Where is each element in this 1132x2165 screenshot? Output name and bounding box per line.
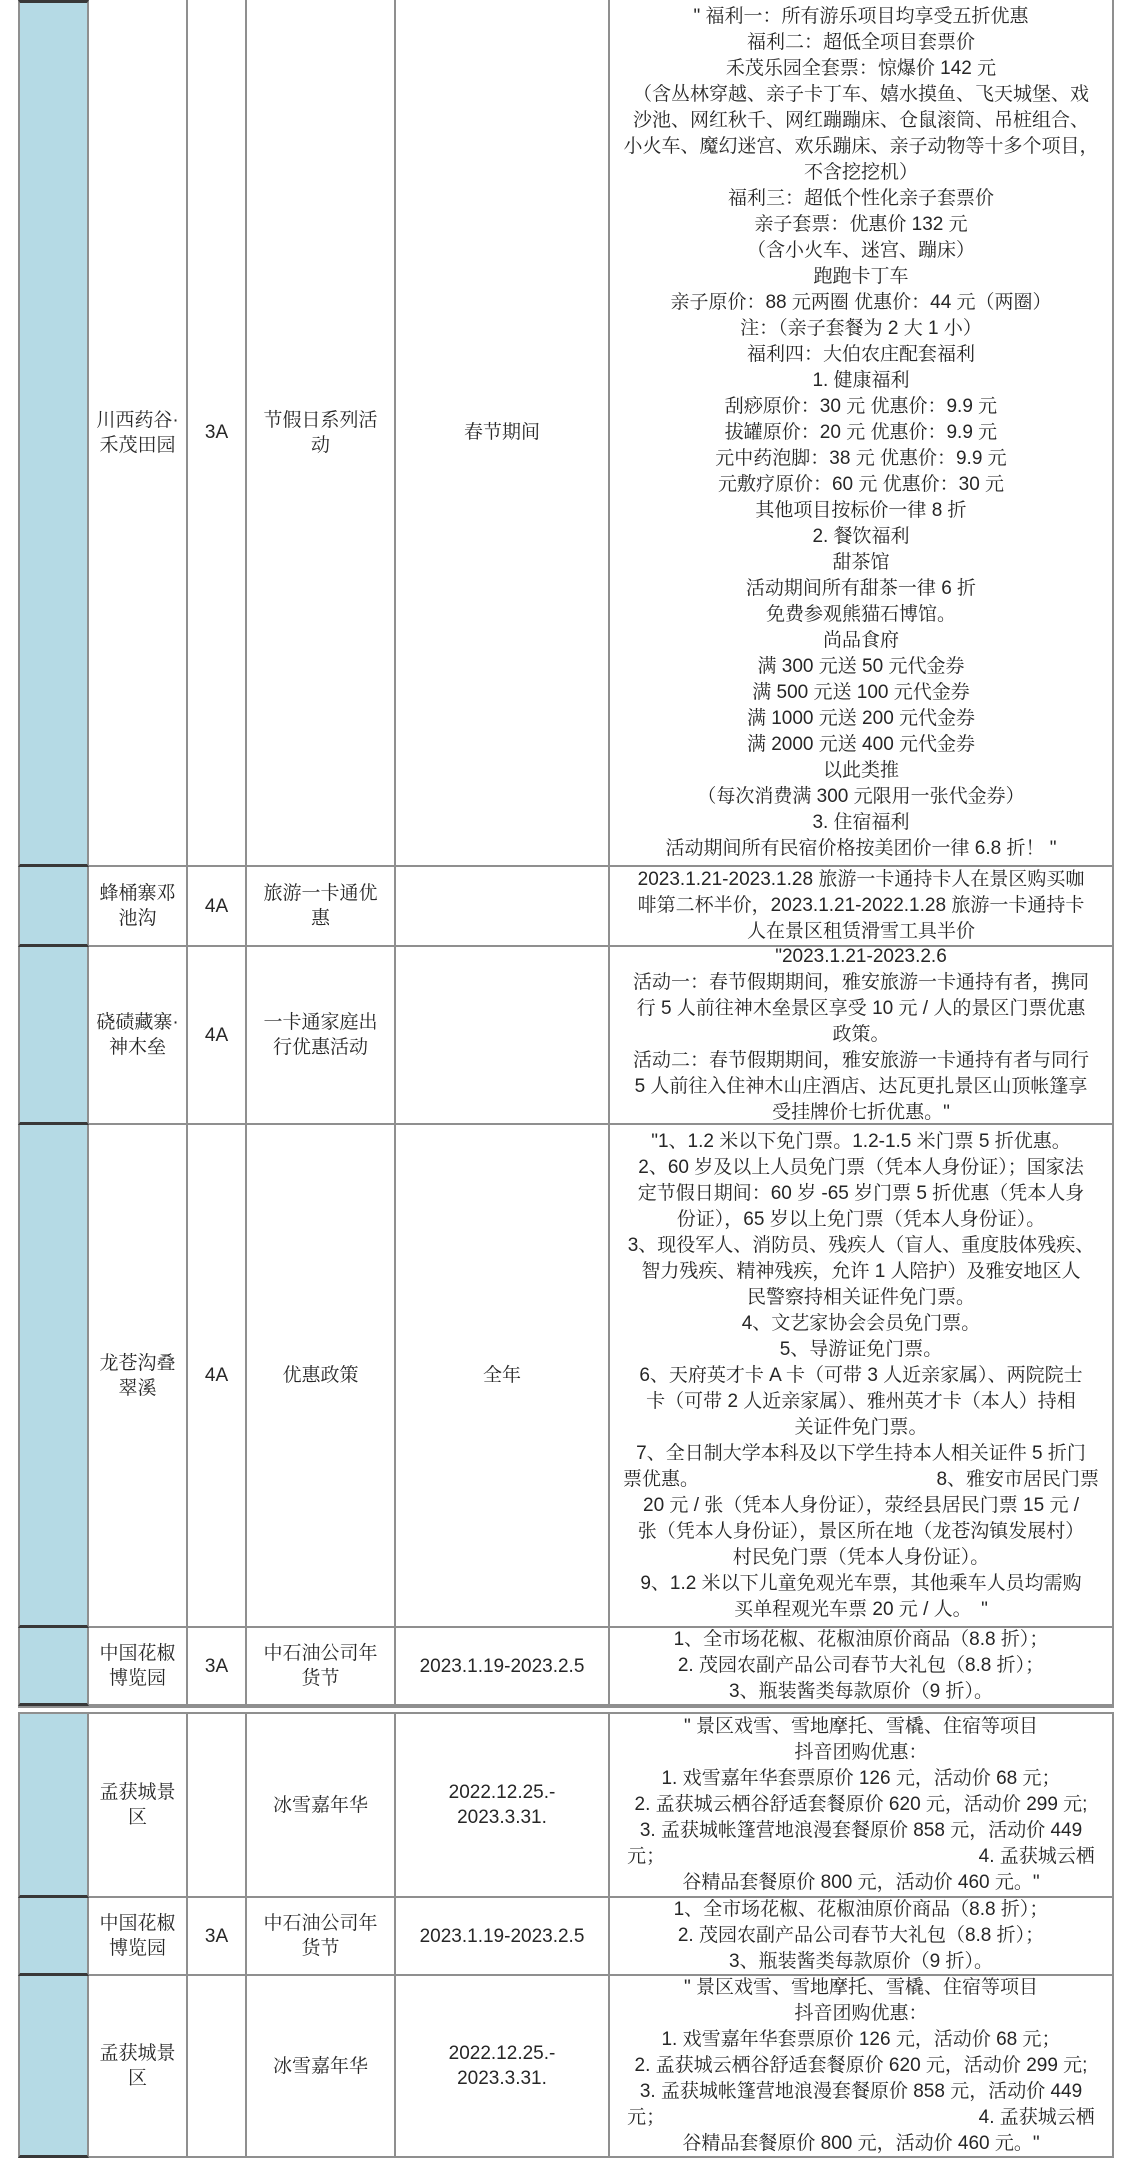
detail-line: " 景区戏雪、雪地摩托、雪橇、住宿等项目 <box>612 1976 1110 2001</box>
detail-line: 3. 孟获城帐篷营地浪漫套餐原价 858 元，活动价 449 <box>612 1818 1110 1844</box>
detail-line: 沙池、网红秋千、网红蹦蹦床、仓鼠滚筒、吊桩组合、 <box>612 108 1110 134</box>
period-cell <box>396 947 610 1125</box>
table-row: 孟获城景区冰雪嘉年华2022.12.25.- 2023.3.31." 景区戏雪、… <box>18 1714 1114 1898</box>
detail-line: 元； 4. 孟获城云栖 <box>612 2105 1110 2131</box>
detail-line: 满 2000 元送 400 元代金券 <box>612 732 1110 758</box>
period-cell <box>396 867 610 947</box>
detail-line: 小火车、魔幻迷宫、欢乐蹦床、亲子动物等十多个项目， <box>612 134 1110 160</box>
detail-line: 抖音团购优惠： <box>612 2001 1110 2027</box>
detail-line: 甜茶馆 <box>612 550 1110 576</box>
detail-line: 活动一：春节假期期间，雅安旅游一卡通持有者，携同 <box>612 970 1110 996</box>
activity-cell: 一卡通家庭出行优惠活动 <box>247 947 396 1125</box>
details-cell: "2023.1.21-2023.2.6活动一：春节假期期间，雅安旅游一卡通持有者… <box>610 947 1114 1125</box>
detail-line: 3、瓶装酱类每款原价（9 折）。 <box>612 1949 1110 1975</box>
details-cell: " 景区戏雪、雪地摩托、雪橇、住宿等项目抖音团购优惠：1. 戏雪嘉年华套票原价 … <box>610 1976 1114 2158</box>
details-cell: 1、全市场花椒、花椒油原价商品（8.8 折）；2. 茂园农副产品公司春节大礼包（… <box>610 1628 1114 1706</box>
detail-line: 3. 孟获城帐篷营地浪漫套餐原价 858 元，活动价 449 <box>612 2079 1110 2105</box>
detail-line: "1、1.2 米以下免门票。1.2-1.5 米门票 5 折优惠。 <box>612 1129 1110 1155</box>
table-row: 中国花椒博览园3A中石油公司年货节2023.1.19-2023.2.51、全市场… <box>18 1628 1114 1706</box>
detail-line: 5 人前往入住神木山庄酒店、达瓦更扎景区山顶帐篷享 <box>612 1074 1110 1100</box>
detail-line: 5、导游证免门票。 <box>612 1337 1110 1363</box>
detail-line: 20 元 / 张（凭本人身份证），荥经县居民门票 15 元 / <box>612 1493 1110 1519</box>
period-cell: 2022.12.25.- 2023.3.31. <box>396 1976 610 2158</box>
row-highlight-cell <box>18 1628 89 1706</box>
detail-line: 张（凭本人身份证），景区所在地（龙苍沟镇发展村） <box>612 1519 1110 1545</box>
details-cell: " 福利一：所有游乐项目均享受五折优惠福利二：超低全项目套票价禾茂乐园全套票：惊… <box>610 0 1114 867</box>
detail-line: （每次消费满 300 元限用一张代金券） <box>612 784 1110 810</box>
detail-line: 3、现役军人、消防员、残疾人（盲人、重度肢体残疾、 <box>612 1233 1110 1259</box>
detail-line: 不含挖挖机） <box>612 160 1110 186</box>
period-cell: 全年 <box>396 1125 610 1628</box>
detail-line: 拔罐原价：20 元 优惠价：9.9 元 <box>612 420 1110 446</box>
activity-cell: 中石油公司年货节 <box>247 1628 396 1706</box>
activity-cell: 冰雪嘉年华 <box>247 1976 396 2158</box>
detail-line: 活动二：春节假期期间，雅安旅游一卡通持有者与同行 <box>612 1048 1110 1074</box>
detail-line: 跑跑卡丁车 <box>612 264 1110 290</box>
detail-line: 满 500 元送 100 元代金券 <box>612 680 1110 706</box>
scenic-spot-cell: 硗碛藏寨·神木垒 <box>89 947 188 1125</box>
detail-line: 尚品食府 <box>612 628 1110 654</box>
detail-line: 2. 孟获城云栖谷舒适套餐原价 620 元，活动价 299 元; <box>612 1792 1110 1818</box>
detail-line: 福利四：大伯农庄配套福利 <box>612 342 1110 368</box>
row-highlight-cell <box>18 867 89 947</box>
detail-line: " 景区戏雪、雪地摩托、雪橇、住宿等项目 <box>612 1714 1110 1740</box>
detail-line: 2. 茂园农副产品公司春节大礼包（8.8 折）； <box>612 1923 1110 1949</box>
detail-line: 受挂牌价七折优惠。" <box>612 1100 1110 1125</box>
table-row: 孟获城景区冰雪嘉年华2022.12.25.- 2023.3.31." 景区戏雪、… <box>18 1976 1114 2158</box>
period-cell: 2023.1.19-2023.2.5 <box>396 1898 610 1976</box>
grade-cell: 4A <box>188 1125 247 1628</box>
detail-line: "2023.1.21-2023.2.6 <box>612 947 1110 970</box>
detail-line: 6、天府英才卡 A 卡（可带 3 人近亲家属）、两院院士 <box>612 1363 1110 1389</box>
scenic-spot-discount-table: 川西药谷·禾茂田园3A节假日系列活动春节期间" 福利一：所有游乐项目均享受五折优… <box>18 0 1114 2158</box>
scenic-spot-cell: 中国花椒博览园 <box>89 1898 188 1976</box>
scenic-spot-cell: 孟获城景区 <box>89 1976 188 2158</box>
scenic-spot-cell: 川西药谷·禾茂田园 <box>89 0 188 867</box>
detail-line: 抖音团购优惠： <box>612 1740 1110 1766</box>
row-highlight-cell <box>18 1714 89 1898</box>
detail-line: 9、1.2 米以下儿童免观光车票，其他乘车人员均需购 <box>612 1571 1110 1597</box>
detail-line: 1、全市场花椒、花椒油原价商品（8.8 折）； <box>612 1898 1110 1923</box>
detail-line: 其他项目按标价一律 8 折 <box>612 498 1110 524</box>
detail-line: 4、文艺家协会会员免门票。 <box>612 1311 1110 1337</box>
detail-line: 活动期间所有甜茶一律 6 折 <box>612 576 1110 602</box>
activity-cell: 冰雪嘉年华 <box>247 1714 396 1898</box>
detail-line: 活动期间所有民宿价格按美团价一律 6.8 折！ " <box>612 836 1110 862</box>
detail-line: 买单程观光车票 20 元 / 人。 " <box>612 1597 1110 1623</box>
row-highlight-cell <box>18 1125 89 1628</box>
detail-line: 行 5 人前往神木垒景区享受 10 元 / 人的景区门票优惠 <box>612 996 1110 1022</box>
period-cell: 2022.12.25.- 2023.3.31. <box>396 1714 610 1898</box>
detail-line: 元敷疗原价：60 元 优惠价：30 元 <box>612 472 1110 498</box>
page-break-divider <box>18 1706 1114 1714</box>
detail-line: 满 1000 元送 200 元代金券 <box>612 706 1110 732</box>
detail-line: 免费参观熊猫石博馆。 <box>612 602 1110 628</box>
grade-cell <box>188 1976 247 2158</box>
detail-line: 份证），65 岁以上免门票（凭本人身份证）。 <box>612 1207 1110 1233</box>
detail-line: （含小火车、迷宫、蹦床） <box>612 238 1110 264</box>
detail-line: 刮痧原价：30 元 优惠价：9.9 元 <box>612 394 1110 420</box>
detail-line: 3、瓶装酱类每款原价（9 折）。 <box>612 1679 1110 1705</box>
grade-cell <box>188 1714 247 1898</box>
row-highlight-cell <box>18 1976 89 2158</box>
detail-line: 福利二：超低全项目套票价 <box>612 30 1110 56</box>
detail-line: 政策。 <box>612 1022 1110 1048</box>
row-highlight-cell <box>18 1898 89 1976</box>
activity-cell: 优惠政策 <box>247 1125 396 1628</box>
detail-line: 2023.1.21-2023.1.28 旅游一卡通持卡人在景区购买咖 <box>612 867 1110 893</box>
detail-line: 满 300 元送 50 元代金券 <box>612 654 1110 680</box>
detail-line: 亲子套票：优惠价 132 元 <box>612 212 1110 238</box>
detail-line: 7、全日制大学本科及以下学生持本人相关证件 5 折门 <box>612 1441 1110 1467</box>
detail-line: 3. 住宿福利 <box>612 810 1110 836</box>
scenic-spot-cell: 孟获城景区 <box>89 1714 188 1898</box>
detail-line: 禾茂乐园全套票：惊爆价 142 元 <box>612 56 1110 82</box>
period-cell: 2023.1.19-2023.2.5 <box>396 1628 610 1706</box>
detail-line: 人在景区租赁滑雪工具半价 <box>612 919 1110 945</box>
detail-line: 2. 孟获城云栖谷舒适套餐原价 620 元，活动价 299 元; <box>612 2053 1110 2079</box>
detail-line: 关证件免门票。 <box>612 1415 1110 1441</box>
detail-line: 民警察持相关证件免门票。 <box>612 1285 1110 1311</box>
detail-line: " 福利一：所有游乐项目均享受五折优惠 <box>612 4 1110 30</box>
scenic-spot-cell: 蜂桶寨邓池沟 <box>89 867 188 947</box>
table-row: 中国花椒博览园3A中石油公司年货节2023.1.19-2023.2.51、全市场… <box>18 1898 1114 1976</box>
grade-cell: 4A <box>188 867 247 947</box>
details-cell: " 景区戏雪、雪地摩托、雪橇、住宿等项目抖音团购优惠：1. 戏雪嘉年华套票原价 … <box>610 1714 1114 1898</box>
detail-line: 谷精品套餐原价 800 元，活动价 460 元。" <box>612 2131 1110 2157</box>
activity-cell: 旅游一卡通优惠 <box>247 867 396 947</box>
detail-line: 2. 茂园农副产品公司春节大礼包（8.8 折）； <box>612 1653 1110 1679</box>
grade-cell: 4A <box>188 947 247 1125</box>
detail-line: 村民免门票（凭本人身份证）。 <box>612 1545 1110 1571</box>
detail-line: 1. 健康福利 <box>612 368 1110 394</box>
detail-line: 元中药泡脚：38 元 优惠价：9.9 元 <box>612 446 1110 472</box>
detail-line: 谷精品套餐原价 800 元，活动价 460 元。" <box>612 1870 1110 1896</box>
detail-line: 票优惠。 8、雅安市居民门票 <box>612 1467 1110 1493</box>
detail-line: 亲子原价：88 元两圈 优惠价：44 元（两圈） <box>612 290 1110 316</box>
details-cell: "1、1.2 米以下免门票。1.2-1.5 米门票 5 折优惠。2、60 岁及以… <box>610 1125 1114 1628</box>
detail-line: 卡（可带 2 人近亲家属）、雅州英才卡（本人）持相 <box>612 1389 1110 1415</box>
table-row: 龙苍沟叠翠溪4A优惠政策全年"1、1.2 米以下免门票。1.2-1.5 米门票 … <box>18 1125 1114 1628</box>
period-cell: 春节期间 <box>396 0 610 867</box>
detail-line: 2. 餐饮福利 <box>612 524 1110 550</box>
detail-line: 以此类推 <box>612 758 1110 784</box>
table-row: 川西药谷·禾茂田园3A节假日系列活动春节期间" 福利一：所有游乐项目均享受五折优… <box>18 0 1114 867</box>
detail-line: 定节假日期间：60 岁 -65 岁门票 5 折优惠（凭本人身 <box>612 1181 1110 1207</box>
detail-line: 智力残疾、精神残疾，允许 1 人陪护）及雅安地区人 <box>612 1259 1110 1285</box>
grade-cell: 3A <box>188 1898 247 1976</box>
detail-line: 注：（亲子套餐为 2 大 1 小） <box>612 316 1110 342</box>
details-cell: 1、全市场花椒、花椒油原价商品（8.8 折）；2. 茂园农副产品公司春节大礼包（… <box>610 1898 1114 1976</box>
detail-line: 啡第二杯半价，2023.1.21-2022.1.28 旅游一卡通持卡 <box>612 893 1110 919</box>
table-row: 硗碛藏寨·神木垒4A一卡通家庭出行优惠活动"2023.1.21-2023.2.6… <box>18 947 1114 1125</box>
scenic-spot-cell: 中国花椒博览园 <box>89 1628 188 1706</box>
details-cell: 2023.1.21-2023.1.28 旅游一卡通持卡人在景区购买咖啡第二杯半价… <box>610 867 1114 947</box>
detail-line: 1、全市场花椒、花椒油原价商品（8.8 折）； <box>612 1628 1110 1653</box>
grade-cell: 3A <box>188 0 247 867</box>
detail-line: 1. 戏雪嘉年华套票原价 126 元，活动价 68 元； <box>612 2027 1110 2053</box>
activity-cell: 中石油公司年货节 <box>247 1898 396 1976</box>
row-highlight-cell <box>18 0 89 867</box>
grade-cell: 3A <box>188 1628 247 1706</box>
detail-line: 1. 戏雪嘉年华套票原价 126 元，活动价 68 元； <box>612 1766 1110 1792</box>
detail-line: 元； 4. 孟获城云栖 <box>612 1844 1110 1870</box>
detail-line: （含丛林穿越、亲子卡丁车、嬉水摸鱼、飞天城堡、戏 <box>612 82 1110 108</box>
activity-cell: 节假日系列活动 <box>247 0 396 867</box>
scenic-spot-cell: 龙苍沟叠翠溪 <box>89 1125 188 1628</box>
row-highlight-cell <box>18 947 89 1125</box>
table-row: 蜂桶寨邓池沟4A旅游一卡通优惠2023.1.21-2023.1.28 旅游一卡通… <box>18 867 1114 947</box>
detail-line: 2、60 岁及以上人员免门票（凭本人身份证）；国家法 <box>612 1155 1110 1181</box>
detail-line: 福利三：超低个性化亲子套票价 <box>612 186 1110 212</box>
